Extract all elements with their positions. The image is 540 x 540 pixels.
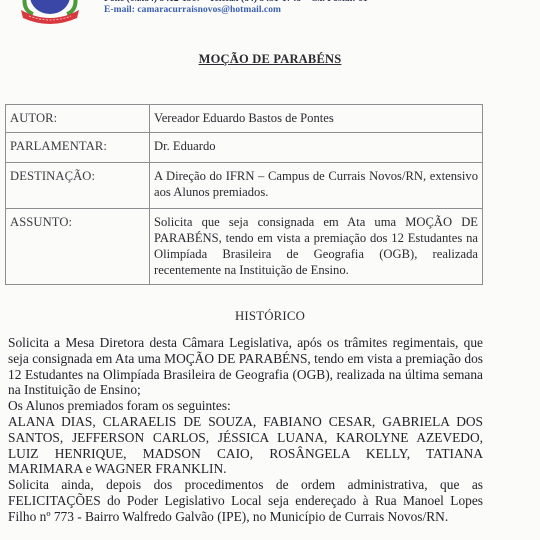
letterhead-email: E-mail: camaracurraisnovos@hotmail.com xyxy=(104,5,281,15)
table-row: PARLAMENTAR: Dr. Eduardo xyxy=(6,133,483,163)
label-assunto: ASSUNTO: xyxy=(6,209,150,285)
letterhead-phone: Fone (0xx84) 3412-1567 - Telefax (84) 34… xyxy=(104,0,368,4)
historico-body: Solicita a Mesa Diretora desta Câmara Le… xyxy=(8,335,483,525)
label-destinacao: DESTINAÇÃO: xyxy=(6,163,150,209)
table-row: DESTINAÇÃO: A Direção do IFRN – Campus d… xyxy=(6,163,483,209)
label-parlamentar: PARLAMENTAR: xyxy=(6,133,150,163)
historico-student-list: ALANA DIAS, CLARAELIS DE SOUZA, FABIANO … xyxy=(8,414,483,477)
municipal-coat-of-arms-icon xyxy=(17,0,83,24)
table-row: ASSUNTO: Solicita que seja consignada em… xyxy=(6,209,483,285)
label-autor: AUTOR: xyxy=(6,105,150,133)
value-assunto: Solicita que seja consignada em Ata uma … xyxy=(150,209,483,285)
historico-paragraph-address: Solicita ainda, depois dos procedimentos… xyxy=(8,477,483,524)
historico-paragraph-request: Solicita a Mesa Diretora desta Câmara Le… xyxy=(8,335,483,398)
document-title: MOÇÃO DE PARABÉNS xyxy=(0,52,540,67)
value-parlamentar: Dr. Eduardo xyxy=(150,133,483,163)
historico-heading: HISTÓRICO xyxy=(0,309,540,324)
value-destinacao: A Direção do IFRN – Campus de Currais No… xyxy=(150,163,483,209)
historico-paragraph-students-intro: Os Alunos premiados foram os seguintes: xyxy=(8,398,483,414)
table-row: AUTOR: Vereador Eduardo Bastos de Pontes xyxy=(6,105,483,133)
info-table: AUTOR: Vereador Eduardo Bastos de Pontes… xyxy=(5,104,483,285)
value-autor: Vereador Eduardo Bastos de Pontes xyxy=(150,105,483,133)
